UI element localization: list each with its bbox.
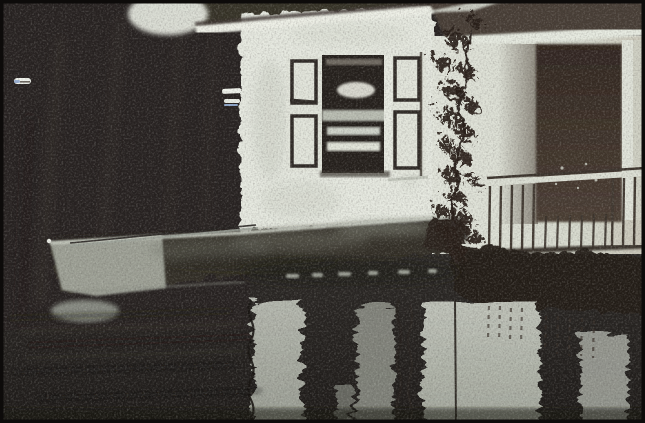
photo-flood-rowboat (0, 0, 645, 423)
film-artifacts (0, 0, 645, 423)
film-grain-dark (0, 0, 645, 423)
photo-canvas (0, 0, 645, 423)
